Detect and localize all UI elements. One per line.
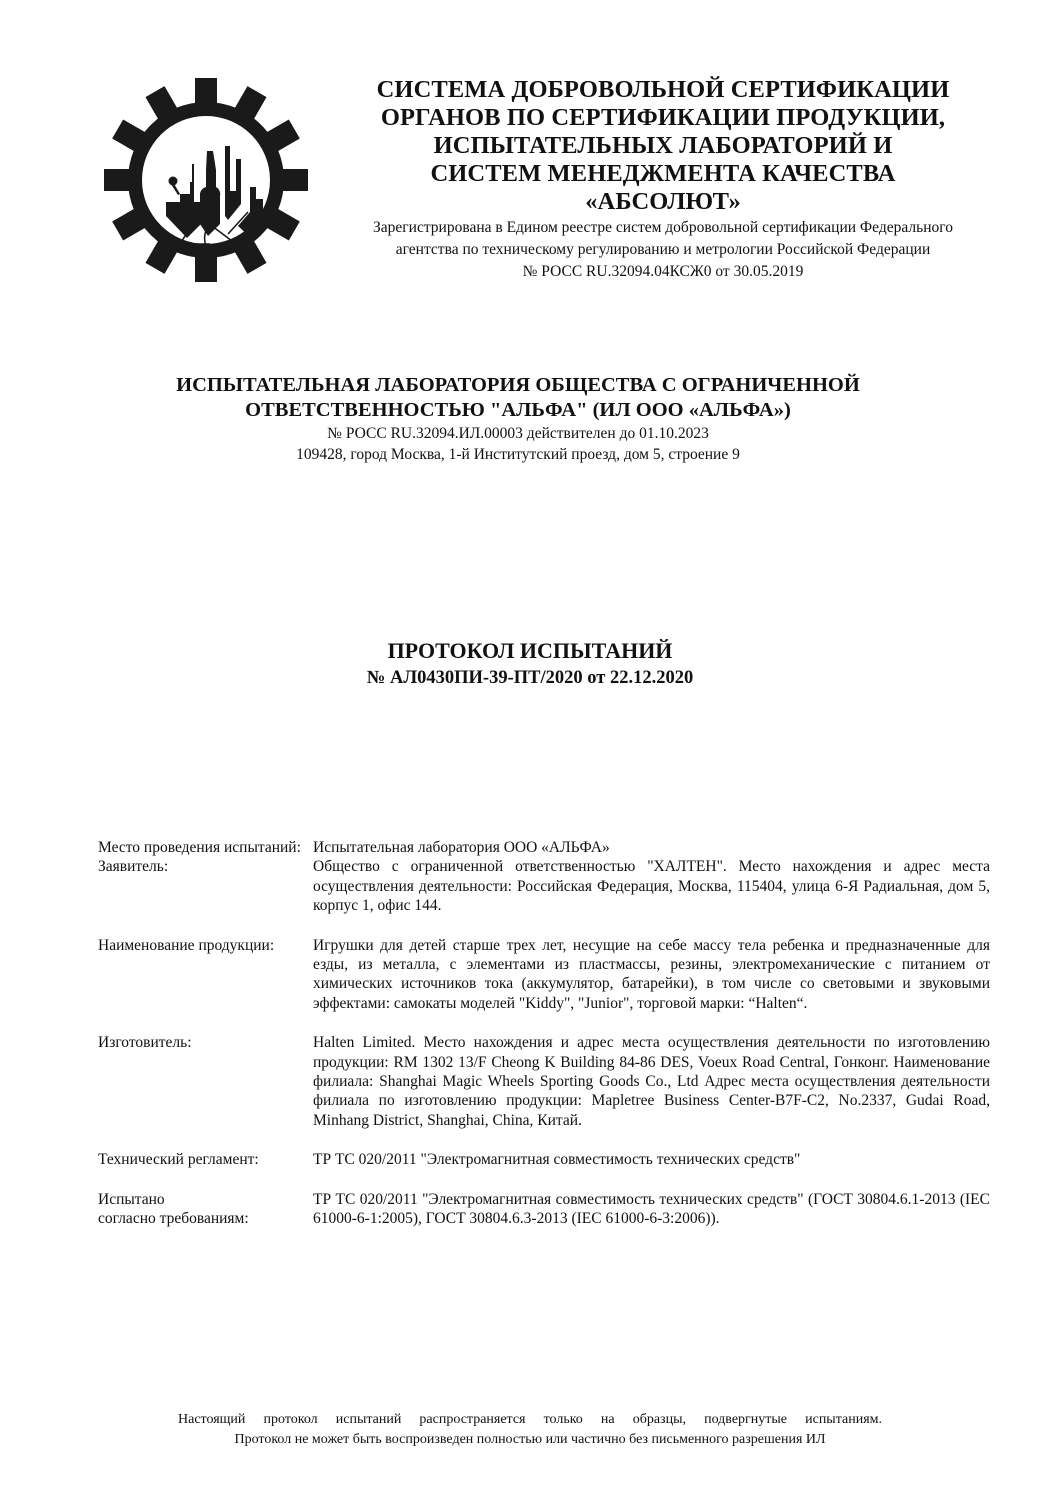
field-value: Игрушки для детей старше трех лет, несущ… — [313, 936, 990, 1014]
field-label-line: согласно требованиям: — [98, 1209, 313, 1228]
laboratory-title-line: ИСПЫТАТЕЛЬНАЯ ЛАБОРАТОРИЯ ОБЩЕСТВА С ОГР… — [100, 373, 936, 398]
laboratory-title-line: ОТВЕТСТВЕННОСТЬЮ "АЛЬФА" (ИЛ ООО «АЛЬФА»… — [100, 398, 936, 423]
field-label: Наименование продукции: — [98, 936, 313, 1014]
field-row-manufacturer: Изготовитель: Halten Limited. Место нахо… — [98, 1033, 990, 1130]
protocol-heading: ПРОТОКОЛ ИСПЫТАНИЙ № АЛ0430ПИ-39-ПТ/2020… — [100, 637, 960, 691]
field-value: Общество с ограниченной ответственностью… — [313, 857, 990, 915]
field-row-technical-regulation: Технический регламент: ТР ТС 020/2011 "Э… — [98, 1150, 990, 1169]
field-row-test-location: Место проведения испытаний: Испытательна… — [98, 838, 990, 857]
protocol-title: ПРОТОКОЛ ИСПЫТАНИЙ — [100, 637, 960, 665]
certification-system-logo — [100, 74, 312, 286]
field-label: Изготовитель: — [98, 1033, 313, 1130]
system-title-line: ОРГАНОВ ПО СЕРТИФИКАЦИИ ПРОДУКЦИИ, — [318, 104, 1008, 132]
field-row-applicant: Заявитель: Общество с ограниченной ответ… — [98, 857, 990, 915]
field-value: Испытательная лаборатория ООО «АЛЬФА» — [313, 838, 990, 857]
gear-industry-flask-logo-icon — [100, 74, 312, 286]
field-label-line: Испытано — [98, 1190, 313, 1209]
field-label: Испытано согласно требованиям: — [98, 1190, 313, 1229]
field-value: ТР ТС 020/2011 "Электромагнитная совмест… — [313, 1190, 990, 1229]
registration-number: № РОСС RU.32094.04КСЖ0 от 30.05.2019 — [318, 261, 1008, 282]
field-value: ТР ТС 020/2011 "Электромагнитная совмест… — [313, 1150, 990, 1169]
protocol-number: № АЛ0430ПИ-39-ПТ/2020 от 22.12.2020 — [100, 665, 960, 691]
system-title-line: ИСПЫТАТЕЛЬНЫХ ЛАБОРАТОРИЙ И — [318, 132, 1008, 160]
system-title-line: «АБСОЛЮТ» — [318, 188, 1008, 216]
registration-line: Зарегистрирована в Едином реестре систем… — [318, 217, 1008, 238]
laboratory-accreditation: № РОСС RU.32094.ИЛ.00003 действителен до… — [100, 423, 936, 444]
field-row-product-name: Наименование продукции: Игрушки для дете… — [98, 936, 990, 1014]
system-title-line: СИСТЕМА ДОБРОВОЛЬНОЙ СЕРТИФИКАЦИИ — [318, 76, 1008, 104]
footer-line: Протокол не может быть воспроизведен пол… — [150, 1430, 910, 1450]
registration-line: агентства по техническому регулированию … — [318, 239, 1008, 260]
certification-system-header: СИСТЕМА ДОБРОВОЛЬНОЙ СЕРТИФИКАЦИИ ОРГАНО… — [318, 76, 1008, 282]
footer-line: Настоящий протокол испытаний распростран… — [178, 1410, 882, 1430]
protocol-fields: Место проведения испытаний: Испытательна… — [98, 838, 990, 1229]
system-title-line: СИСТЕМ МЕНЕДЖМЕНТА КАЧЕСТВА — [318, 160, 1008, 188]
protocol-footer-note: Настоящий протокол испытаний распростран… — [150, 1410, 910, 1450]
laboratory-header: ИСПЫТАТЕЛЬНАЯ ЛАБОРАТОРИЯ ОБЩЕСТВА С ОГР… — [100, 373, 936, 465]
field-label: Технический регламент: — [98, 1150, 313, 1169]
field-value: Halten Limited. Место нахождения и адрес… — [313, 1033, 990, 1130]
field-row-tested-requirements: Испытано согласно требованиям: ТР ТС 020… — [98, 1190, 990, 1229]
field-label: Заявитель: — [98, 857, 313, 915]
field-label: Место проведения испытаний: — [98, 838, 313, 857]
laboratory-address: 109428, город Москва, 1-й Институтский п… — [100, 444, 936, 465]
